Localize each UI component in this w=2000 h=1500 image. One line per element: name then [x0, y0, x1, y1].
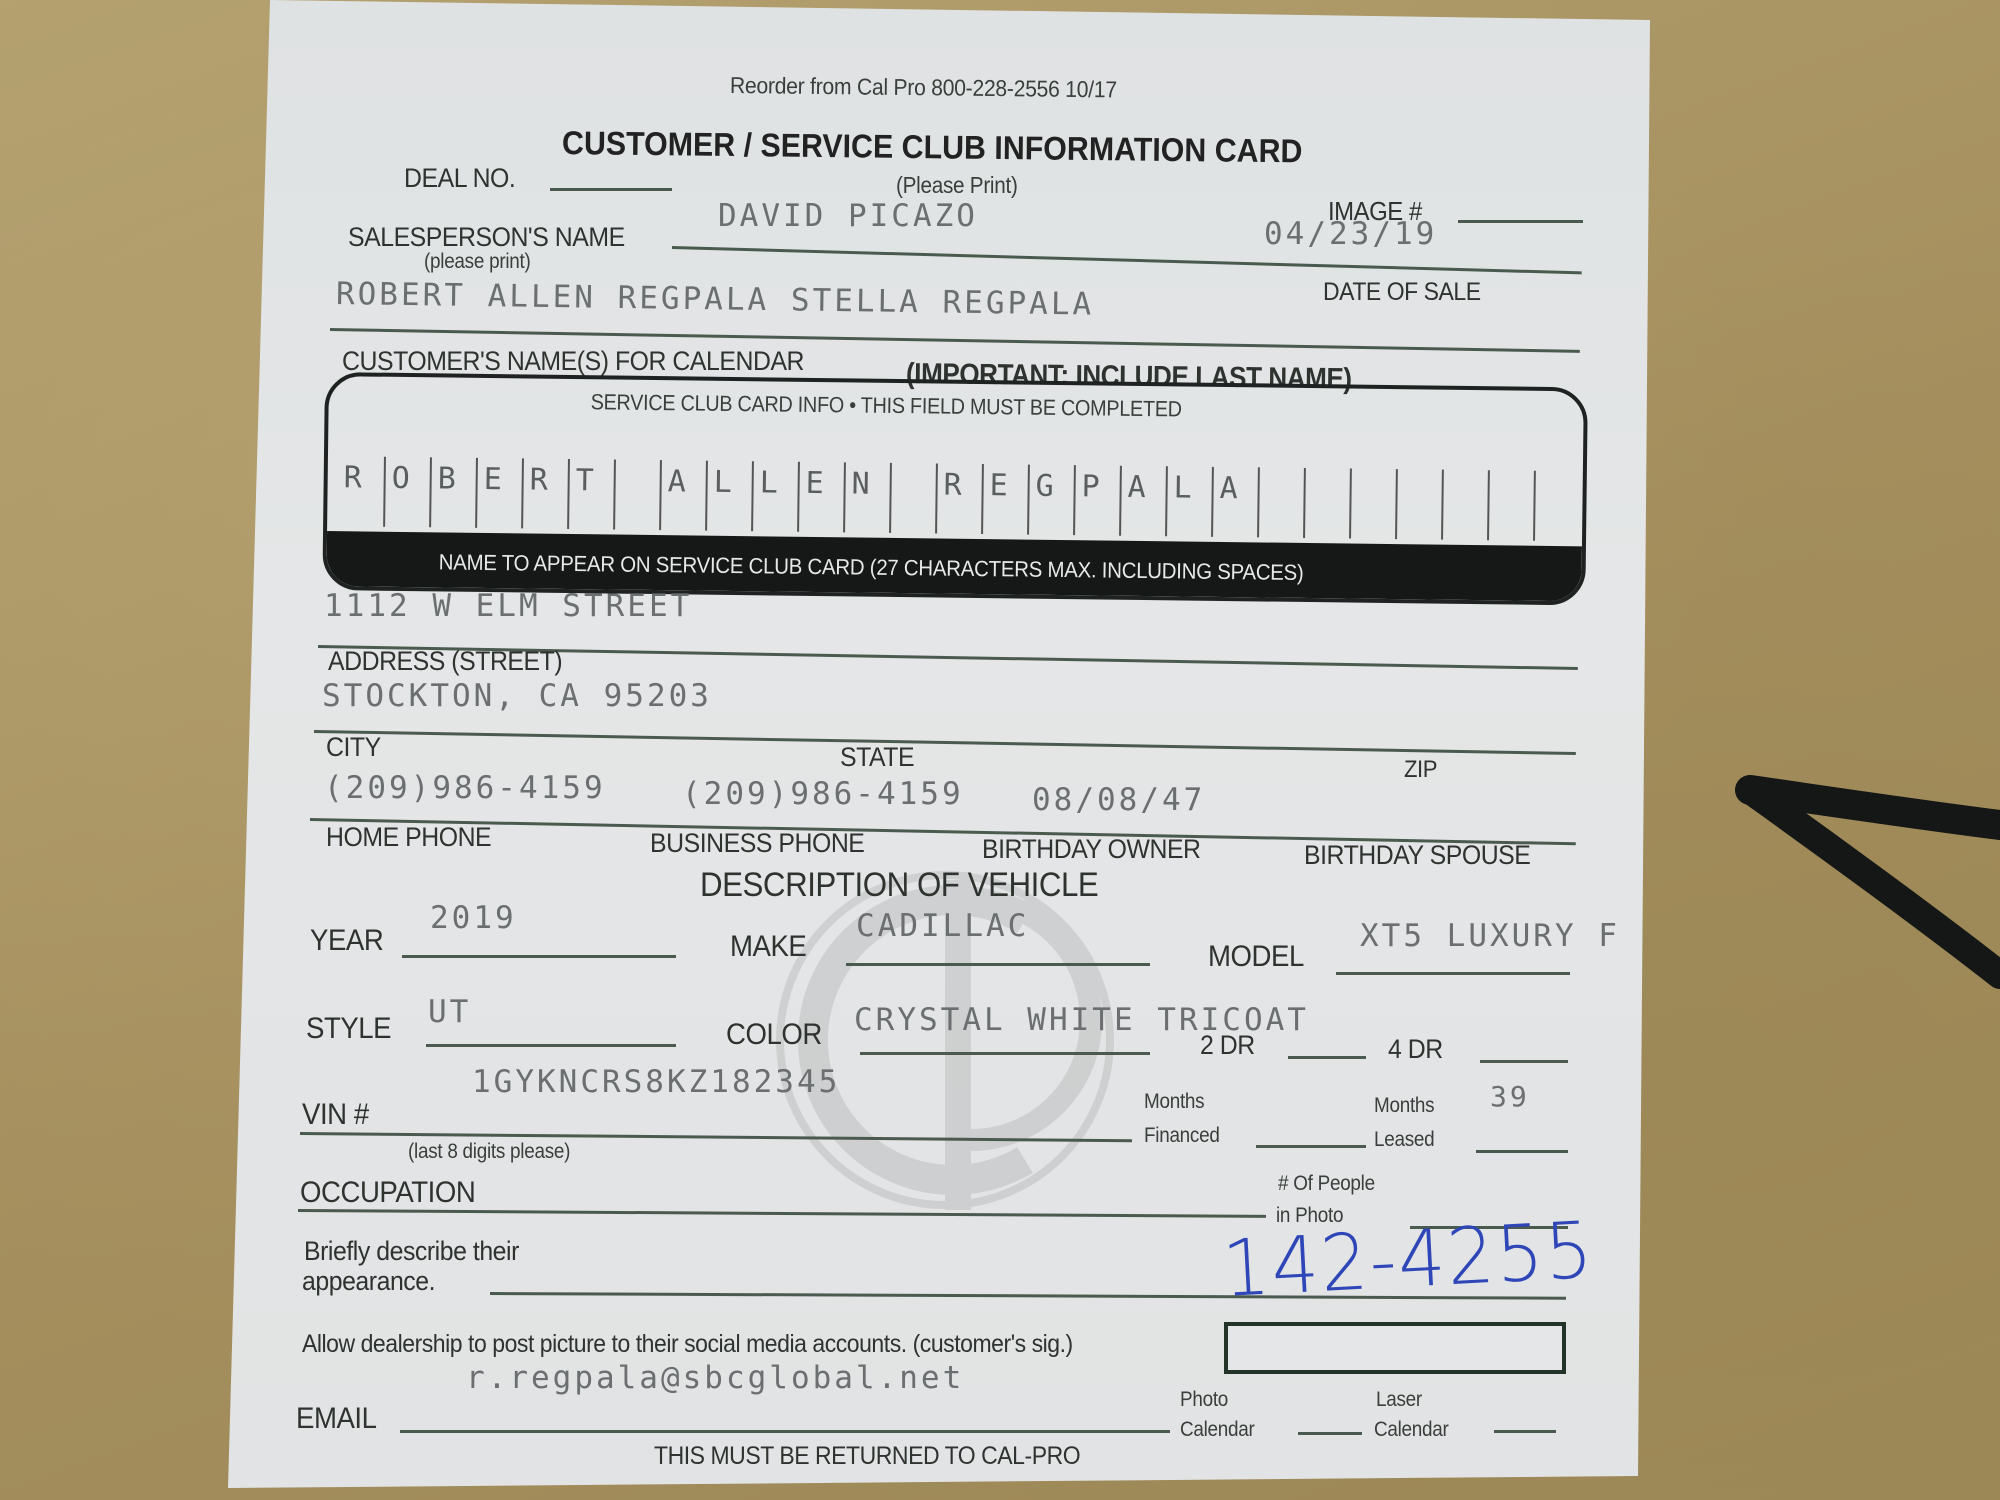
service-club-name-char: B [437, 461, 455, 496]
vin-value[interactable]: 1GYKNCRS8KZ182345 [472, 1064, 840, 1100]
salesperson-sublabel: (please print) [424, 250, 531, 274]
months-financed-label-2: Financed [1144, 1124, 1220, 1148]
style-field [426, 1044, 676, 1047]
model-field [1336, 972, 1570, 975]
black-cable [1700, 760, 2000, 1010]
email-value[interactable]: r.regpala@sbcglobal.net [466, 1360, 964, 1396]
home-phone-label: HOME PHONE [326, 822, 491, 853]
service-club-name-char: P [1081, 469, 1099, 504]
two-door-field[interactable] [1288, 1056, 1366, 1059]
service-club-name-char: T [575, 463, 593, 498]
service-club-name-cell[interactable]: E [475, 458, 524, 529]
style-value[interactable]: UT [428, 994, 471, 1030]
model-value[interactable]: XT5 LUXURY F [1360, 918, 1620, 954]
service-club-name-cell[interactable]: A [1211, 467, 1260, 538]
service-club-header: SERVICE CLUB CARD INFO • THIS FIELD MUST… [590, 389, 1181, 422]
photo-calendar-label-1: Photo [1180, 1388, 1228, 1412]
home-phone-value[interactable]: (209)986-4159 [324, 770, 606, 806]
service-club-name-cell[interactable] [1487, 470, 1536, 541]
service-club-name-cell[interactable] [1303, 468, 1352, 539]
date-of-sale-label: DATE OF SALE [1323, 278, 1481, 307]
service-club-name-char: E [483, 462, 501, 497]
birthday-spouse-label: BIRTHDAY SPOUSE [1304, 840, 1530, 871]
city-state-zip-value[interactable]: STOCKTON, CA 95203 [322, 678, 712, 714]
service-club-name-cell[interactable]: P [1073, 465, 1122, 536]
photo-calendar-field[interactable] [1298, 1432, 1362, 1435]
service-club-name-cell[interactable]: L [751, 461, 800, 532]
months-leased-field[interactable] [1476, 1150, 1568, 1153]
color-label: COLOR [726, 1018, 822, 1052]
appearance-label-1: Briefly describe their [304, 1236, 519, 1267]
service-club-name-char: R [343, 460, 361, 495]
service-club-name-cell[interactable] [889, 463, 938, 534]
service-club-name-cell[interactable]: R [521, 458, 570, 529]
appearance-label-2: appearance. [302, 1266, 435, 1297]
please-print-note: (Please Print) [896, 172, 1018, 199]
service-club-name-cell[interactable]: N [843, 462, 892, 533]
four-door-label: 4 DR [1388, 1034, 1443, 1065]
year-field [402, 955, 676, 958]
year-value[interactable]: 2019 [430, 900, 517, 936]
service-club-name-cell[interactable] [1533, 471, 1582, 542]
service-club-name-cell[interactable]: O [383, 457, 432, 528]
photo-calendar-label-2: Calendar [1180, 1418, 1255, 1442]
make-label: MAKE [730, 930, 806, 964]
service-club-name-cell[interactable]: E [981, 464, 1030, 535]
service-club-name-cell[interactable] [613, 460, 662, 531]
image-no-field[interactable] [1458, 220, 1583, 223]
service-club-name-char: O [391, 461, 409, 496]
service-club-name-cell[interactable]: G [1027, 465, 1076, 536]
business-phone-label: BUSINESS PHONE [650, 828, 864, 859]
salesperson-line [672, 246, 1582, 274]
four-door-field[interactable] [1480, 1060, 1568, 1063]
deal-no-field[interactable] [550, 188, 672, 191]
customer-signature-box[interactable] [1224, 1322, 1566, 1374]
service-club-card-box: SERVICE CLUB CARD INFO • THIS FIELD MUST… [322, 372, 1588, 605]
service-club-name-cell[interactable]: T [567, 459, 616, 530]
deal-no-label: DEAL NO. [404, 163, 515, 194]
laser-calendar-label-2: Calendar [1374, 1418, 1449, 1442]
service-club-name-char: L [1173, 470, 1191, 505]
service-club-name-cell[interactable]: A [1119, 466, 1168, 537]
vehicle-section-title: DESCRIPTION OF VEHICLE [700, 866, 1098, 905]
date-of-sale-value[interactable]: 04/23/19 [1264, 216, 1437, 252]
service-club-name-cell[interactable] [1349, 469, 1398, 540]
address-value[interactable]: 1112 W ELM STREET [324, 588, 692, 624]
months-financed-label-1: Months [1144, 1090, 1204, 1114]
service-club-name-cell[interactable]: R [935, 463, 984, 534]
service-club-name-char: G [1035, 469, 1053, 504]
service-club-name-cell[interactable]: E [797, 462, 846, 533]
laser-calendar-field[interactable] [1494, 1430, 1556, 1433]
year-label: YEAR [310, 924, 383, 958]
months-financed-field[interactable] [1256, 1145, 1366, 1148]
service-club-name-cell[interactable]: B [429, 457, 478, 528]
salesperson-value[interactable]: DAVID PICAZO [718, 198, 978, 234]
social-media-consent-label: Allow dealership to post picture to thei… [302, 1330, 1073, 1359]
service-club-name-char: R [943, 468, 961, 503]
service-club-name-char: E [989, 468, 1007, 503]
state-label: STATE [840, 742, 914, 773]
vin-sublabel: (last 8 digits please) [408, 1140, 570, 1164]
return-notice: THIS MUST BE RETURNED TO CAL-PRO [654, 1442, 1080, 1471]
zip-label: ZIP [1404, 756, 1437, 784]
city-label: CITY [326, 732, 381, 763]
form-title: CUSTOMER / SERVICE CLUB INFORMATION CARD [562, 124, 1303, 170]
color-field [860, 1052, 1150, 1055]
business-phone-value[interactable]: (209)986-4159 [682, 776, 964, 812]
service-club-name-cell[interactable] [1395, 469, 1444, 540]
service-club-name-cells[interactable]: ROBERT ALLEN REGPALA [337, 456, 1583, 541]
email-line [400, 1430, 1170, 1433]
city-line [314, 730, 1576, 755]
service-club-name-char: N [851, 466, 869, 501]
birthday-owner-label: BIRTHDAY OWNER [982, 834, 1201, 865]
make-field [846, 963, 1150, 966]
service-club-name-cell[interactable]: R [337, 456, 384, 527]
service-club-name-char: L [713, 465, 731, 500]
email-label: EMAIL [296, 1402, 377, 1436]
months-leased-label-1: Months [1374, 1094, 1434, 1118]
service-club-name-char: E [805, 466, 823, 501]
model-label: MODEL [1208, 940, 1304, 974]
service-club-name-char: A [667, 464, 685, 499]
months-leased-value[interactable]: 39 [1490, 1080, 1530, 1113]
customer-names-value[interactable]: ROBERT ALLEN REGPALA STELLA REGPALA [336, 276, 1095, 323]
birthday-owner-value[interactable]: 08/08/47 [1032, 782, 1205, 818]
service-club-name-cell[interactable]: L [705, 461, 754, 532]
people-in-photo-label-1: # Of People [1278, 1172, 1375, 1196]
occupation-label: OCCUPATION [300, 1176, 475, 1210]
address-label: ADDRESS (STREET) [328, 646, 562, 677]
style-label: STYLE [306, 1012, 391, 1046]
make-value[interactable]: CADILLAC [856, 908, 1029, 944]
service-club-name-cell[interactable]: A [659, 460, 708, 531]
months-leased-label-2: Leased [1374, 1128, 1434, 1152]
service-club-name-char: A [1219, 471, 1237, 506]
service-club-name-cell[interactable] [1441, 470, 1490, 541]
reorder-line: Reorder from Cal Pro 800-228-2556 10/17 [730, 72, 1117, 103]
service-club-name-char: R [529, 463, 547, 498]
vin-label: VIN # [302, 1098, 369, 1132]
service-club-name-char: A [1127, 470, 1145, 505]
laser-calendar-label-1: Laser [1376, 1388, 1422, 1412]
service-club-name-cell[interactable] [1257, 467, 1306, 538]
service-club-name-cell[interactable]: L [1165, 466, 1214, 537]
salesperson-label: SALESPERSON'S NAME [348, 222, 625, 253]
service-club-name-char: L [759, 465, 777, 500]
two-door-label: 2 DR [1200, 1030, 1255, 1061]
service-club-banner-text: NAME TO APPEAR ON SERVICE CLUB CARD (27 … [439, 549, 1304, 586]
